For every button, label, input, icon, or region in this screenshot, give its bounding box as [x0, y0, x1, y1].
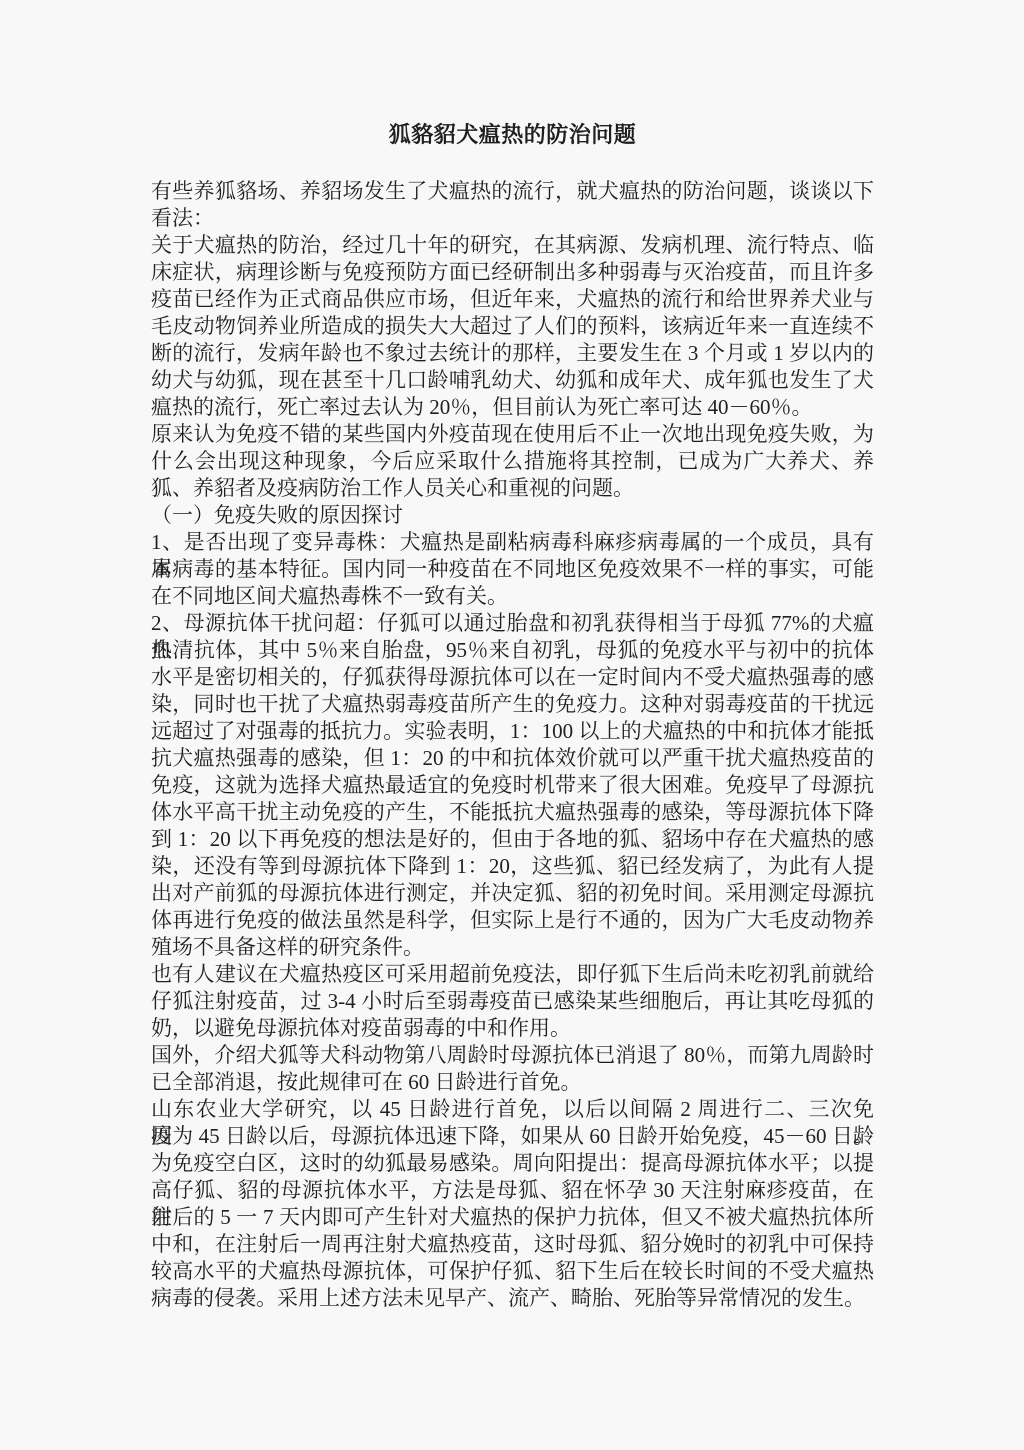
paragraph: 2、母源抗体干扰问超：仔狐可以通过胎盘和初乳获得相当于母狐 77%的犬瘟热血清抗…: [151, 610, 874, 961]
paragraph: 原来认为免疫不错的某些国内外疫苗现在使用后不止一次地出现免疫失败，为什么会出现这…: [151, 421, 874, 502]
text-line: 到 1：20 以下再免疫的想法是好的，但由于各地的狐、貂场中存在犬瘟热的感: [151, 826, 874, 853]
text-line: 仔狐注射疫苗，过 3-4 小时后至弱毒疫苗已感染某些细胞后，再让其吃母狐的: [151, 988, 874, 1015]
text-line: 属病毒的基本特征。国内同一种疫苗在不同地区免疫效果不一样的事实，可能: [151, 556, 874, 583]
text-line: 在不同地区间犬瘟热毒株不一致有关。: [151, 583, 874, 610]
text-line: 什么会出现这种现象，今后应采取什么措施将其控制，已成为广大养犬、养: [151, 448, 874, 475]
text-line: 床症状，病理诊断与免疫预防方面已经研制出多种弱毒与灭治疫苗，而且许多: [151, 259, 874, 286]
text-line: 看法：: [151, 205, 874, 232]
text-line: 免疫，这就为选择犬瘟热最适宜的免疫时机带来了很大困难。免疫早了母源抗: [151, 772, 874, 799]
text-line: 体水平高干扰主动免疫的产生，不能抵抗犬瘟热强毒的感染，等母源抗体下降: [151, 799, 874, 826]
text-line: 体再进行免疫的做法虽然是科学，但实际上是行不通的，因为广大毛皮动物养: [151, 907, 874, 934]
text-line: 疫苗已经作为正式商品供应市场，但近年来，犬瘟热的流行和给世界养犬业与: [151, 286, 874, 313]
text-line: 染，还没有等到母源抗体下降到 1：20，这些狐、貂已经发病了，为此有人提: [151, 853, 874, 880]
text-line: 毛皮动物饲养业所造成的损失大大超过了人们的预料，该病近年来一直连续不: [151, 313, 874, 340]
paragraph: 国外，介绍犬狐等犬科动物第八周龄时母源抗体已消退了 80％，而第九周龄时已全部消…: [151, 1042, 874, 1096]
text-line: 射后的 5 一 7 天内即可产生针对犬瘟热的保护力抗体，但又不被犬瘟热抗体所: [151, 1204, 874, 1231]
document-title: 狐貉貂犬瘟热的防治问题: [151, 121, 874, 148]
document-body: 有些养狐貉场、养貂场发生了犬瘟热的流行，就犬瘟热的防治问题，谈谈以下看法：关于犬…: [151, 178, 874, 1312]
paragraph: 山东农业大学研究，以 45 日龄进行首免，以后以间隔 2 周进行二、三次免疫。因…: [151, 1096, 874, 1312]
text-line: 抗犬瘟热强毒的感染，但 1：20 的中和抗体效价就可以严重干扰犬瘟热疫苗的: [151, 745, 874, 772]
text-line: 高仔狐、貂的母源抗体水平，方法是母狐、貂在怀孕 30 天注射麻疹疫苗，在注: [151, 1177, 874, 1204]
text-line: （一）免疫失败的原因探讨: [151, 502, 874, 529]
paragraph: 关于犬瘟热的防治，经过几十年的研究，在其病源、发病机理、流行特点、临床症状，病理…: [151, 232, 874, 421]
text-line: 远超过了对强毒的抵抗力。实验表明，1：100 以上的犬瘟热的中和抗体才能抵: [151, 718, 874, 745]
paragraph: 有些养狐貉场、养貂场发生了犬瘟热的流行，就犬瘟热的防治问题，谈谈以下看法：: [151, 178, 874, 232]
text-line: 染，同时也干扰了犬瘟热弱毒疫苗所产生的免疫力。这种对弱毒疫苗的干扰远: [151, 691, 874, 718]
text-line: 出对产前狐的母源抗体进行测定，并决定狐、貂的初免时间。采用测定母源抗: [151, 880, 874, 907]
text-line: 2、母源抗体干扰问超：仔狐可以通过胎盘和初乳获得相当于母狐 77%的犬瘟热: [151, 610, 874, 637]
document: 狐貉貂犬瘟热的防治问题 有些养狐貉场、养貂场发生了犬瘟热的流行，就犬瘟热的防治问…: [151, 0, 874, 1312]
text-line: 也有人建议在犬瘟热疫区可采用超前免疫法，即仔狐下生后尚未吃初乳前就给: [151, 961, 874, 988]
text-line: 山东农业大学研究，以 45 日龄进行首免，以后以间隔 2 周进行二、三次免疫。: [151, 1096, 874, 1123]
text-line: 瘟热的流行，死亡率过去认为 20％，但目前认为死亡率可达 40－60％。: [151, 394, 874, 421]
text-line: 1、是否出现了变异毒株：犬瘟热是副粘病毒科麻疹病毒属的一个成员，具有本: [151, 529, 874, 556]
paragraph: 也有人建议在犬瘟热疫区可采用超前免疫法，即仔狐下生后尚未吃初乳前就给仔狐注射疫苗…: [151, 961, 874, 1042]
paragraph: 1、是否出现了变异毒株：犬瘟热是副粘病毒科麻疹病毒属的一个成员，具有本属病毒的基…: [151, 529, 874, 610]
text-line: 奶，以避免母源抗体对疫苗弱毒的中和作用。: [151, 1015, 874, 1042]
text-line: 因为 45 日龄以后，母源抗体迅速下降，如果从 60 日龄开始免疫，45－60 …: [151, 1123, 874, 1150]
text-line: 狐、养貂者及疫病防治工作人员关心和重视的问题。: [151, 475, 874, 502]
text-line: 为免疫空白区，这时的幼狐最易感染。周向阳提出：提高母源抗体水平；以提: [151, 1150, 874, 1177]
paragraph: （一）免疫失败的原因探讨: [151, 502, 874, 529]
text-line: 已全部消退，按此规律可在 60 日龄进行首免。: [151, 1069, 874, 1096]
text-line: 国外，介绍犬狐等犬科动物第八周龄时母源抗体已消退了 80％，而第九周龄时: [151, 1042, 874, 1069]
text-line: 殖场不具备这样的研究条件。: [151, 934, 874, 961]
text-line: 原来认为免疫不错的某些国内外疫苗现在使用后不止一次地出现免疫失败，为: [151, 421, 874, 448]
text-line: 中和，在注射后一周再注射犬瘟热疫苗，这时母狐、貂分娩时的初乳中可保持: [151, 1231, 874, 1258]
text-line: 幼犬与幼狐，现在甚至十几口龄哺乳幼犬、幼狐和成年犬、成年狐也发生了犬: [151, 367, 874, 394]
text-line: 有些养狐貉场、养貂场发生了犬瘟热的流行，就犬瘟热的防治问题，谈谈以下: [151, 178, 874, 205]
text-line: 断的流行，发病年龄也不象过去统计的那样，主要发生在 3 个月或 1 岁以内的: [151, 340, 874, 367]
text-line: 较高水平的犬瘟热母源抗体，可保护仔狐、貂下生后在较长时间的不受犬瘟热: [151, 1258, 874, 1285]
text-line: 水平是密切相关的，仔狐获得母源抗体可以在一定时间内不受犬瘟热强毒的感: [151, 664, 874, 691]
text-line: 血清抗体，其中 5％来自胎盘，95％来自初乳，母狐的免疫水平与初中的抗体: [151, 637, 874, 664]
document-page: { "page": { "background_color": "#f8f8f8…: [0, 0, 1024, 1450]
text-line: 病毒的侵袭。采用上述方法未见早产、流产、畸胎、死胎等异常情况的发生。: [151, 1285, 874, 1312]
text-line: 关于犬瘟热的防治，经过几十年的研究，在其病源、发病机理、流行特点、临: [151, 232, 874, 259]
